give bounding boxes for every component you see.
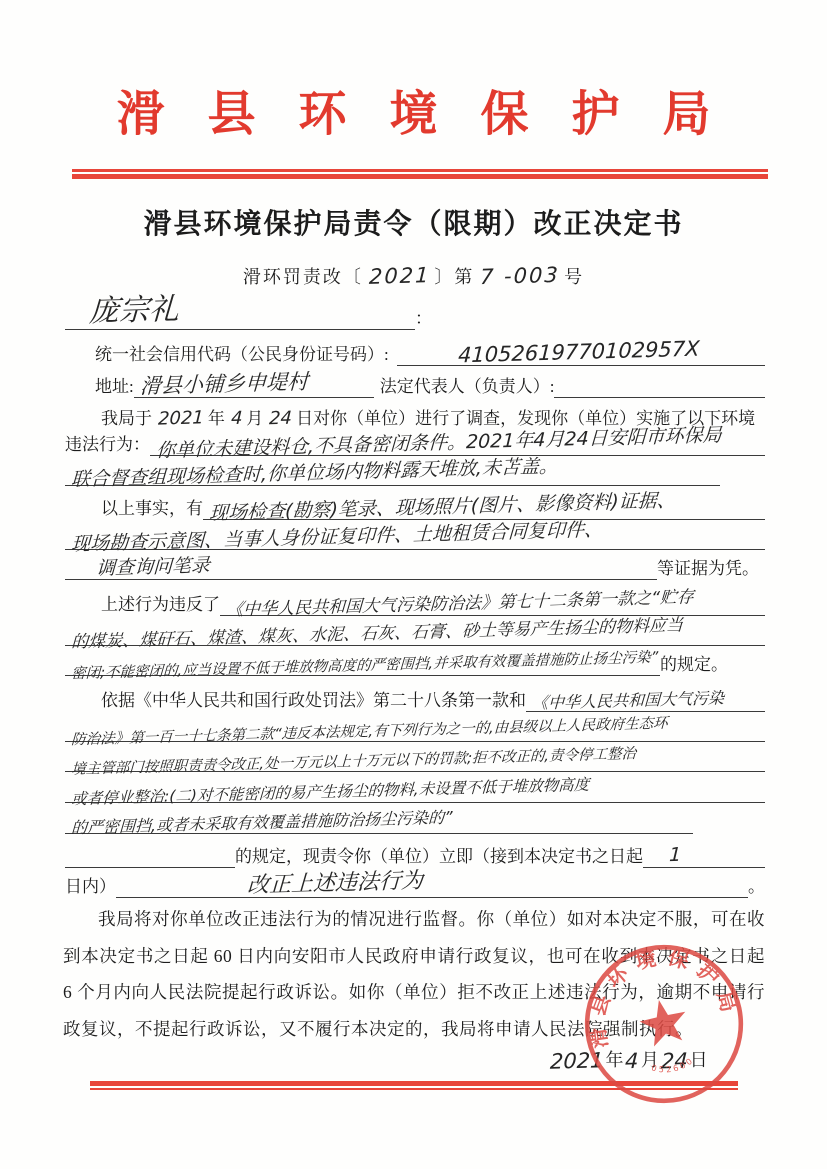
credit-code-value-handwritten: 41052619770102957X <box>451 338 703 368</box>
date-month-handwritten: 4 <box>623 1051 641 1073</box>
date-day-handwritten: 24 <box>658 1051 690 1073</box>
recipient-colon: ： <box>415 304 432 330</box>
document-number: 滑环罚责改〔2021〕第7 -003号 <box>0 263 827 289</box>
order-seg3: 。 <box>748 872 765 898</box>
doc-number-suffix: 号 <box>564 267 584 287</box>
violation-fact-line-1: 违法行为： 你单位未建设料仓,不具备密闭条件。2021年4月24日安阳市环保局 <box>65 426 765 456</box>
date-year-label: 年 <box>605 1046 623 1072</box>
doc-number-year-handwritten: 2021 <box>362 265 434 290</box>
violated-law-handwritten-3: 密闭;不能密闭的,应当设置不低于堆放物高度的严密围挡,并采取有效覆盖措施防止扬尘… <box>65 650 663 683</box>
address-line: 地址: 滑县小铺乡申堤村 法定代表人（负责人）: <box>65 368 765 398</box>
legal-basis-handwritten-5: 的严密围挡,或者未采取有效覆盖措施防治扬尘污染的” <box>65 810 457 839</box>
document-page: 滑县环境保护局 滑县环境保护局责令（限期）改正决定书 滑环罚责改〔2021〕第7… <box>0 0 827 1169</box>
order-action-handwritten: 改正上述违法行为 <box>241 870 428 899</box>
violation-fact-line-2: 联合督查组现场检查时,你单位场内物料露天堆放,未苫盖。 <box>65 456 765 486</box>
recipient-name-handwritten: 庞宗礼 <box>82 295 183 331</box>
legal-basis-line-2: 防治法》第一百一十七条第二款“违反本法规定,有下列行为之一的,由县级以上人民政府… <box>65 712 765 742</box>
violated-law-line-1: 上述行为违反了 《中华人民共和国大气污染防治法》第七十二条第一款之“贮存 <box>65 586 765 616</box>
doc-number-serial-handwritten: 7 -003 <box>474 265 565 291</box>
evidence-line-1: 以上事实，有 现场检查(勘察)笔录、现场照片(图片、影像资料)证据、 <box>65 490 765 520</box>
violation-fact-handwritten-2: 联合督查组现场检查时,你单位场内物料露天堆放,未苫盖。 <box>65 457 563 492</box>
date-day-label: 日 <box>690 1046 708 1072</box>
order-seg1: 的规定，现责令你（单位）立即（接到本决定书之日起 <box>235 842 643 868</box>
legal-basis-lead: 依据《中华人民共和国行政处罚法》第二十八条第一款和 <box>101 686 526 712</box>
evidence-tail: 等证据为凭。 <box>657 554 759 580</box>
letterhead-red-rule <box>72 169 768 179</box>
legal-rep-label: 法定代表人（负责人）: <box>380 372 555 398</box>
address-value-handwritten: 滑县小铺乡申堤村 <box>133 371 312 399</box>
supervision-paragraph: 我局将对你单位改正违法行为的情况进行监督。你（单位）如对本决定不服，可在收到本决… <box>63 901 765 1047</box>
violated-law-lead: 上述行为违反了 <box>101 590 220 616</box>
legal-basis-line-3: 境主管部门按照职责责令改正,处一万元以上十万元以下的罚款;拒不改正的,责令停工整… <box>65 742 765 772</box>
legal-basis-line-4: 或者停业整治:(二)对不能密闭的易产生扬尘的物料,未设置不低于堆放物高度 <box>65 773 765 803</box>
recipient-name-line: 庞宗礼 ： <box>65 296 765 330</box>
evidence-line-3: 调查询问笔录 等证据为凭。 <box>65 550 765 580</box>
violated-law-line-3: 密闭;不能密闭的,应当设置不低于堆放物高度的严密围挡,并采取有效覆盖措施防止扬尘… <box>65 646 765 676</box>
order-line-1: 的规定，现责令你（单位）立即（接到本决定书之日起 1 <box>65 838 765 868</box>
document-title: 滑县环境保护局责令（限期）改正决定书 <box>0 202 827 242</box>
address-label: 地址: <box>95 372 134 398</box>
order-days-handwritten: 1 <box>663 846 686 868</box>
violated-law-line-2: 的煤炭、煤矸石、煤渣、煤灰、水泥、石灰、石膏、砂土等易产生扬尘的物料应当 <box>65 616 765 646</box>
date-year-handwritten: 2021 <box>548 1050 606 1073</box>
evidence-handwritten-3: 调查询问笔录 <box>90 556 215 580</box>
footer-red-rule <box>90 1081 738 1090</box>
legal-rep-blank <box>554 367 765 398</box>
evidence-line-2: 现场勘查示意图、当事人身份证复印件、土地租赁合同复印件、 <box>65 520 765 550</box>
legal-basis-line-5: 的严密围挡,或者未采取有效覆盖措施防治扬尘污染的” <box>65 804 765 834</box>
credit-code-line: 统一社会信用代码（公民身份证号码）: 41052619770102957X <box>65 336 765 366</box>
decision-date-line: 2021 年 4 月 24 日 <box>548 1046 788 1072</box>
evidence-lead: 以上事实，有 <box>101 494 203 520</box>
order-seg2: 日内） <box>65 872 116 898</box>
date-month-label: 月 <box>641 1046 659 1072</box>
violated-law-tail: 的规定。 <box>660 650 728 676</box>
order-line-2: 日内） 改正上述违法行为 。 <box>65 868 765 898</box>
letterhead-agency-title: 滑县环境保护局 <box>0 84 827 146</box>
violation-fact-label: 违法行为： <box>65 430 150 456</box>
doc-number-mid: 〕第 <box>434 267 474 287</box>
credit-code-label: 统一社会信用代码（公民身份证号码）: <box>95 340 389 366</box>
doc-number-prefix: 滑环罚责改〔 <box>243 267 363 287</box>
order-leading-blank <box>65 837 235 868</box>
legal-basis-line-1: 依据《中华人民共和国行政处罚法》第二十八条第一款和 《中华人民共和国大气污染 <box>65 682 765 712</box>
